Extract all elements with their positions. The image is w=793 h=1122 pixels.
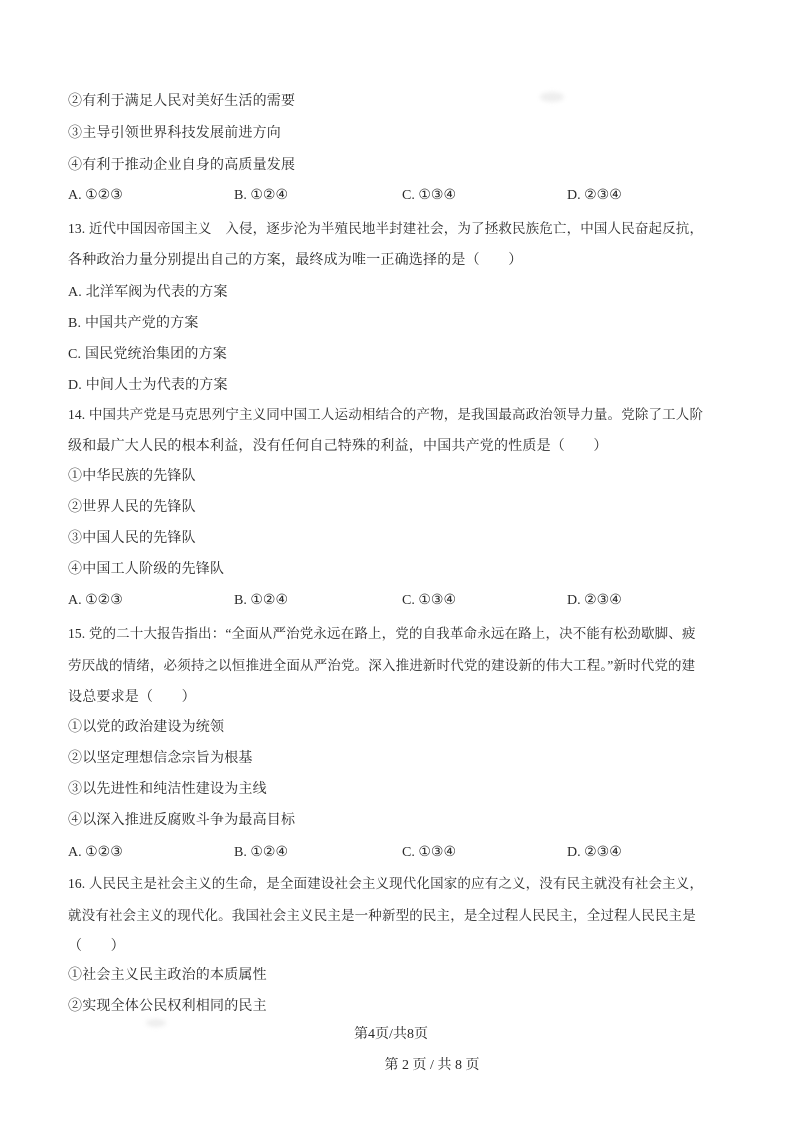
question-16-stem-line-3: （ ） bbox=[68, 938, 125, 956]
question-14-item-4: ④中国工人阶级的先锋队 bbox=[68, 561, 224, 579]
question-12-option-d: D. ②③④ bbox=[567, 187, 622, 204]
page-number-inner: 第4页/共8页 bbox=[354, 1023, 428, 1043]
question-16-item-1: ①社会主义民主政治的本质属性 bbox=[68, 967, 267, 985]
question-14-option-a: A. ①②③ bbox=[68, 592, 123, 609]
question-12-item-3: ③主导引领世界科技发展前进方向 bbox=[68, 125, 281, 143]
question-12-option-b: B. ①②④ bbox=[234, 187, 288, 204]
question-16-item-2: ②实现全体公民权利相同的民主 bbox=[68, 998, 267, 1016]
scan-artifact bbox=[540, 92, 564, 102]
question-12-item-2: ②有利于满足人民对美好生活的需要 bbox=[68, 93, 295, 111]
question-14-option-c: C. ①③④ bbox=[402, 592, 456, 609]
question-13-option-a: A. 北洋军阀为代表的方案 bbox=[68, 284, 228, 302]
question-15-item-4: ④以深入推进反腐败斗争为最高目标 bbox=[68, 812, 295, 830]
question-12-option-a: A. ①②③ bbox=[68, 187, 123, 204]
exam-page: ②有利于满足人民对美好生活的需要 ③主导引领世界科技发展前进方向 ④有利于推动企… bbox=[0, 0, 793, 1122]
question-13-option-d: D. 中间人士为代表的方案 bbox=[68, 377, 228, 395]
question-12-options-row: A. ①②③ B. ①②④ C. ①③④ D. ②③④ bbox=[68, 187, 731, 207]
question-13-stem-line-1: 13. 近代中国因帝国主义 入侵，逐步沦为半殖民地半封建社会，为了拯救民族危亡，… bbox=[68, 220, 731, 238]
question-15-item-2: ②以坚定理想信念宗旨为根基 bbox=[68, 750, 253, 768]
question-15-options-row: A. ①②③ B. ①②④ C. ①③④ D. ②③④ bbox=[68, 844, 731, 864]
question-12-option-c: C. ①③④ bbox=[402, 187, 456, 204]
question-13-option-b: B. 中国共产党的方案 bbox=[68, 315, 199, 333]
question-13-option-c: C. 国民党统治集团的方案 bbox=[68, 346, 227, 364]
question-15-stem-line-3: 设总要求是（ ） bbox=[68, 689, 196, 707]
question-15-stem-line-1: 15. 党的二十大报告指出：“全面从严治党永远在路上，党的自我革命永远在路上，决… bbox=[68, 625, 731, 643]
question-14-item-2: ②世界人民的先锋队 bbox=[68, 499, 196, 517]
question-12-item-4: ④有利于推动企业自身的高质量发展 bbox=[68, 157, 295, 175]
question-15-item-1: ①以党的政治建设为统领 bbox=[68, 719, 224, 737]
question-13-stem-line-2: 各种政治力量分别提出自己的方案，最终成为唯一正确选择的是（ ） bbox=[68, 252, 522, 270]
question-14-item-3: ③中国人民的先锋队 bbox=[68, 530, 196, 548]
question-14-option-b: B. ①②④ bbox=[234, 592, 288, 609]
question-15-option-c: C. ①③④ bbox=[402, 844, 456, 861]
question-14-options-row: A. ①②③ B. ①②④ C. ①③④ D. ②③④ bbox=[68, 592, 731, 612]
question-14-stem-line-1: 14. 中国共产党是马克思列宁主义同中国工人运动相结合的产物，是我国最高政治领导… bbox=[68, 406, 731, 424]
question-16-stem-line-1: 16. 人民民主是社会主义的生命，是全面建设社会主义现代化国家的应有之义，没有民… bbox=[68, 875, 731, 893]
question-15-option-b: B. ①②④ bbox=[234, 844, 288, 861]
question-16-stem-line-2: 就没有社会主义的现代化。我国社会主义民主是一种新型的民主，是全过程人民民主，全过… bbox=[68, 907, 731, 925]
question-14-item-1: ①中华民族的先锋队 bbox=[68, 468, 196, 486]
scan-artifact bbox=[146, 1019, 166, 1027]
question-15-item-3: ③以先进性和纯洁性建设为主线 bbox=[68, 781, 267, 799]
page-number-outer: 第 2 页 / 共 8 页 bbox=[385, 1054, 480, 1074]
question-15-option-a: A. ①②③ bbox=[68, 844, 123, 861]
question-15-stem-line-2: 劳厌战的情绪，必须持之以恒推进全面从严治党。深入推进新时代党的建设新的伟大工程。… bbox=[68, 657, 731, 675]
question-14-option-d: D. ②③④ bbox=[567, 592, 622, 609]
question-15-option-d: D. ②③④ bbox=[567, 844, 622, 861]
question-14-stem-line-2: 级和最广大人民的根本利益，没有任何自己特殊的利益，中国共产党的性质是（ ） bbox=[68, 438, 608, 456]
